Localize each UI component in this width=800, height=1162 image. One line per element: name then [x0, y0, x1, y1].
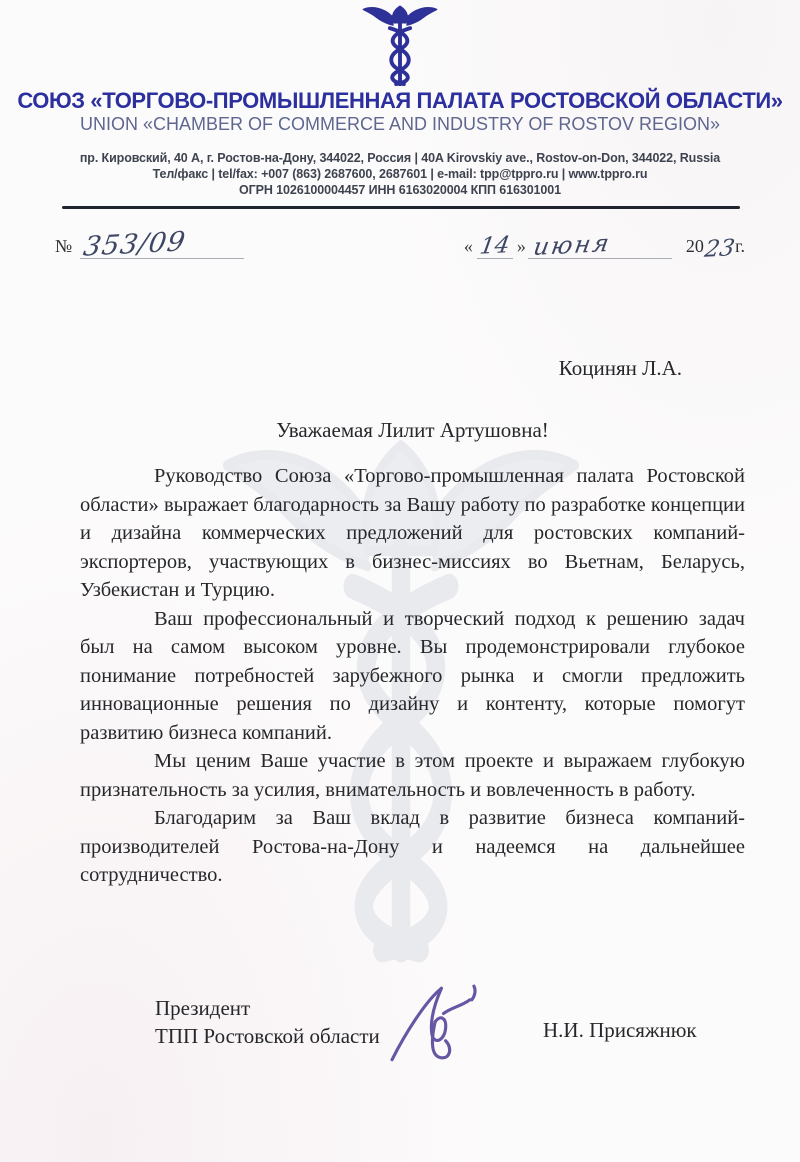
date-year-unit: г.: [735, 236, 745, 259]
date-month: июня: [532, 233, 612, 258]
date-day-underline: 14: [477, 236, 513, 259]
date-year-prefix: 20: [686, 236, 704, 259]
reference-line: № 353/09 « 14 » июня 20 23 г.: [55, 221, 745, 263]
address-line-1: пр. Кировский, 40 А, г. Ростов-на-Дону, …: [0, 150, 800, 166]
date-month-underline: июня: [528, 235, 672, 259]
header-divider: [62, 206, 740, 209]
scanned-letter-page: СОЮЗ «ТОРГОВО-ПРОМЫШЛЕННАЯ ПАЛАТА РОСТОВ…: [0, 0, 800, 1162]
address-line-2: Тел/факс | tel/fax: +007 (863) 2687600, …: [0, 166, 800, 182]
ref-number: № 353/09: [55, 232, 244, 259]
ref-date: « 14 » июня 20 23 г.: [462, 235, 745, 259]
org-title-ru: СОЮЗ «ТОРГОВО-ПРОМЫШЛЕННАЯ ПАЛАТА РОСТОВ…: [0, 88, 800, 114]
ref-number-label: №: [55, 236, 72, 259]
signature-title-line2: ТПП Ростовской области: [155, 1022, 380, 1050]
body-paragraph-2: Ваш профессиональный и творческий подход…: [80, 605, 745, 748]
ref-number-underline: 353/09: [80, 232, 244, 259]
org-logo: [0, 4, 800, 93]
ref-number-value: 353/09: [82, 229, 188, 260]
caduceus-icon: [348, 4, 452, 93]
body-paragraph-3: Мы ценим Ваше участие в этом проекте и в…: [80, 747, 745, 804]
body-paragraph-4: Благодарим за Ваш вклад в развитие бизне…: [80, 804, 745, 890]
addressee-name: Коцинян Л.А.: [559, 356, 682, 381]
date-open-quote: «: [462, 236, 475, 259]
signature-title-line1: Президент: [155, 994, 380, 1022]
signer-name: Н.И. Присяжнюк: [543, 1018, 697, 1043]
org-title-en: UNION «CHAMBER OF COMMERCE AND INDUSTRY …: [0, 114, 800, 135]
address-line-3: ОГРН 1026100004457 ИНН 6163020004 КПП 61…: [0, 182, 800, 198]
date-close-quote: »: [515, 236, 528, 259]
salutation: Уважаемая Лилит Артушовна!: [80, 418, 745, 443]
date-day: 14: [478, 235, 511, 258]
letter-body: Руководство Союза «Торгово-промышленная …: [80, 462, 745, 890]
signature-autograph: [383, 982, 483, 1071]
signature-position: Президент ТПП Ростовской области: [155, 994, 380, 1050]
body-paragraph-1: Руководство Союза «Торгово-промышленная …: [80, 462, 745, 605]
date-year-suffix: 23: [703, 238, 736, 260]
